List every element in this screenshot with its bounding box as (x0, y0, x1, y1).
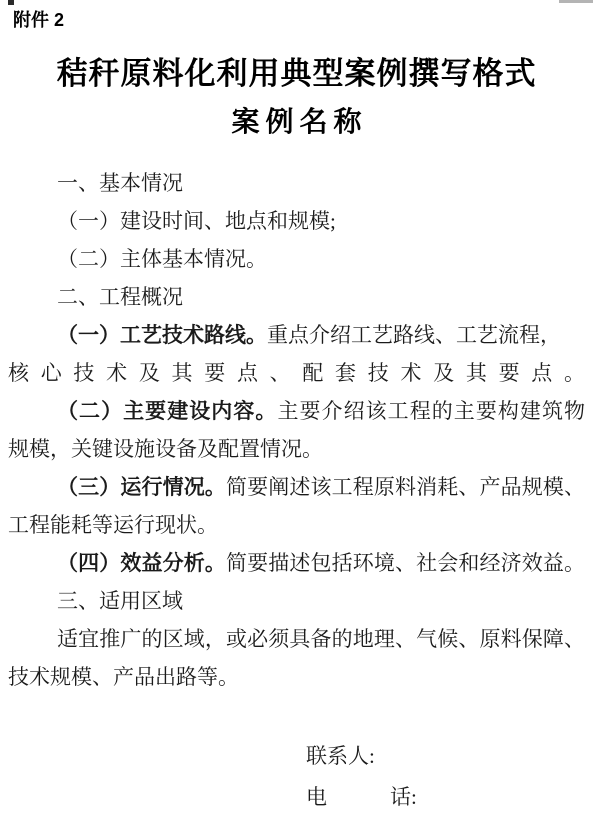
paragraph-text: 工程能耗等运行现状。 (8, 513, 218, 537)
paragraph-text: 简要阐述该工程原料消耗、产品规模、 (226, 475, 585, 499)
paragraph-line: （二）主要建设内容。主要介绍该工程的主要构建筑物 (8, 392, 585, 430)
paragraph-line: （四）效益分析。简要描述包括环境、社会和经济效益。 (8, 544, 585, 582)
document-page: 附件 2 秸秆原料化利用典型案例撰写格式 案例名称 一、基本情况 （一）建设时间… (0, 0, 593, 817)
paragraph-lead: （三）运行情况。 (57, 475, 226, 499)
paragraph-line: 技术规模、产品出路等。 (8, 658, 585, 696)
document-body: 一、基本情况 （一）建设时间、地点和规模; （二）主体基本情况。 二、工程概况 … (0, 164, 593, 696)
list-item: （一）建设时间、地点和规模; (8, 202, 585, 240)
item-text: （一）建设时间、地点和规模; (57, 209, 336, 233)
paragraph-text: 适宜推广的区域，或必须具备的地理、气候、原料保障、 (57, 627, 585, 651)
contact-person-label: 联系人: (306, 736, 593, 777)
paragraph-lead: （二）主要建设内容。 (57, 399, 277, 423)
attachment-label: 附件 2 (13, 8, 593, 32)
paragraph-line: 规模，关键设施设备及配置情况。 (8, 430, 585, 468)
scan-artifact-top-right (559, 0, 593, 3)
paragraph-text: 主要介绍该工程的主要构建筑物 (277, 399, 585, 423)
label-text: 联系人: (306, 744, 375, 768)
section-1-heading: 一、基本情况 (8, 164, 585, 202)
paragraph-text: 核心技术及其要点、配套技术及其要点。 (8, 361, 585, 385)
heading-text: 二、工程概况 (57, 285, 183, 309)
paragraph-line: 适宜推广的区域，或必须具备的地理、气候、原料保障、 (8, 620, 585, 658)
section-3-heading: 三、适用区域 (8, 582, 585, 620)
paragraph-text: 重点介绍工艺路线、工艺流程， (267, 323, 561, 347)
contact-phone-label: 电 话: (306, 777, 593, 817)
paragraph-text: 简要描述包括环境、社会和经济效益。 (226, 551, 585, 575)
contact-block: 联系人: 电 话: (0, 736, 593, 817)
scan-artifact-top-left (8, 0, 14, 5)
paragraph-text: 规模，关键设施设备及配置情况。 (8, 437, 323, 461)
item-text: （二）主体基本情况。 (57, 247, 267, 271)
paragraph-line: 工程能耗等运行现状。 (8, 506, 585, 544)
heading-text: 三、适用区域 (57, 589, 183, 613)
paragraph-text: 技术规模、产品出路等。 (8, 665, 239, 689)
paragraph-lead: （一）工艺技术路线。 (57, 323, 267, 347)
list-item: （二）主体基本情况。 (8, 240, 585, 278)
case-name-placeholder: 案例名称 (0, 104, 593, 140)
paragraph-lead: （四）效益分析。 (57, 551, 226, 575)
document-title: 秸秆原料化利用典型案例撰写格式 (0, 54, 593, 94)
paragraph-line: 核心技术及其要点、配套技术及其要点。 (8, 354, 585, 392)
heading-text: 一、基本情况 (57, 171, 183, 195)
label-text: 电 话: (306, 785, 417, 809)
paragraph-line: （三）运行情况。简要阐述该工程原料消耗、产品规模、 (8, 468, 585, 506)
section-2-heading: 二、工程概况 (8, 278, 585, 316)
paragraph-line: （一）工艺技术路线。重点介绍工艺路线、工艺流程， (8, 316, 585, 354)
